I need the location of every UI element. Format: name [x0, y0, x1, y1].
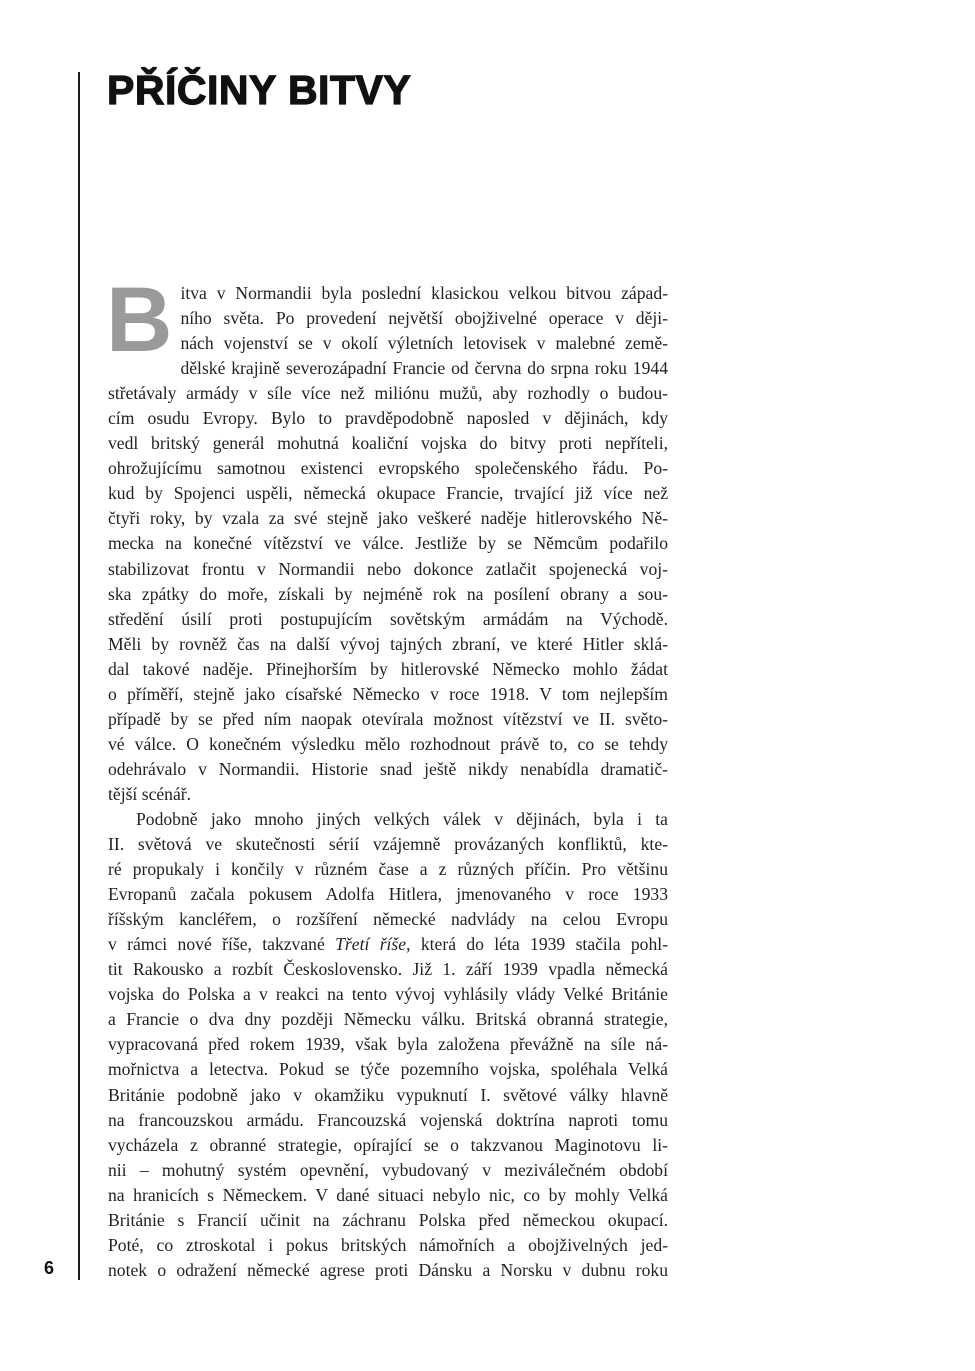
text-line: ré propukaly i končily v různém čase a z… [108, 857, 668, 882]
text-line: tit Rakousko a rozbít Československo. Ji… [108, 957, 668, 982]
text-line: nách vojenství se v okolí výletních leto… [108, 331, 668, 356]
paragraph-2: Podobně jako mnoho jiných velkých válek … [108, 807, 668, 1283]
text-line: odehrávalo v Normandii. Historie snad je… [108, 757, 668, 782]
text-line: případě by se před ním naopak otevírala … [108, 707, 668, 732]
text-line: ska zpátky do moře, získali by nejméně r… [108, 582, 668, 607]
text-line: střetávaly armády v síle více než milión… [108, 381, 668, 406]
text-line: tější scénář. [108, 782, 668, 807]
text-line: nii – mohutný systém opevnění, vybudovan… [108, 1158, 668, 1183]
text-line: středění úsilí proti postupujícím sověts… [108, 607, 668, 632]
text-line: mecka na konečné vítězství ve válce. Jes… [108, 531, 668, 556]
italic-term: Třetí říše [335, 934, 406, 954]
text-line: Měli by rovněž čas na další vývoj tajnýc… [108, 632, 668, 657]
text-line: čtyři roky, by vzala za své stejně jako … [108, 506, 668, 531]
text-line: na francouzskou armádu. Francouzská voje… [108, 1108, 668, 1133]
page-number: 6 [44, 1258, 54, 1279]
text-line: Poté, co ztroskotal i pokus britských ná… [108, 1233, 668, 1258]
text-line: dal takové naděje. Přinejhorším by hitle… [108, 657, 668, 682]
text-line: a Francie o dva dny později Německu válk… [108, 1007, 668, 1032]
text-line: Evropanů začala pokusem Adolfa Hitlera, … [108, 882, 668, 907]
text-line: II. světová ve skutečnosti sérií vzájemn… [108, 832, 668, 857]
body-text: B itva v Normandii byla poslední klasick… [108, 281, 668, 1283]
text-line: cím osudu Evropy. Bylo to pravděpodobně … [108, 406, 668, 431]
text-line: o příměří, stejně jako císařské Německo … [108, 682, 668, 707]
text-line: notek o odražení německé agrese proti Dá… [108, 1258, 668, 1283]
text-line: dělské krajině severozápadní Francie od … [108, 356, 668, 381]
text-segment: , která do léta 1939 stačila pohl- [406, 934, 668, 954]
text-line: vojska do Polska a v reakci na tento výv… [108, 982, 668, 1007]
text-line: vedl britský generál mohutná koaliční vo… [108, 431, 668, 456]
text-line: vé válce. O konečném výsledku mělo rozho… [108, 732, 668, 757]
text-line: mořnictva a letectva. Pokud se týče poze… [108, 1057, 668, 1082]
text-segment: v rámci nové říše, takzvané [108, 934, 335, 954]
text-line: kud by Spojenci uspěli, německá okupace … [108, 481, 668, 506]
text-line: Británie podobně jako v okamžiku vypuknu… [108, 1083, 668, 1108]
text-line: stabilizovat frontu v Normandii nebo dok… [108, 557, 668, 582]
text-line: Podobně jako mnoho jiných velkých válek … [108, 807, 668, 832]
text-line: itva v Normandii byla poslední klasickou… [108, 281, 668, 306]
text-line: Británie s Francií učinit na záchranu Po… [108, 1208, 668, 1233]
drop-cap: B [106, 285, 172, 357]
text-line: vycházela z obranné strategie, opírající… [108, 1133, 668, 1158]
paragraph-1: B itva v Normandii byla poslední klasick… [108, 281, 668, 807]
text-line: ního světa. Po provedení největší obojži… [108, 306, 668, 331]
text-line: říšským kancléřem, o rozšíření německé n… [108, 907, 668, 932]
text-line-with-italic: v rámci nové říše, takzvané Třetí říše, … [108, 932, 668, 957]
text-line: ohrožujícímu samotnou existenci evropské… [108, 456, 668, 481]
text-line: na hranicích s Německem. V dané situaci … [108, 1183, 668, 1208]
margin-rule [78, 72, 80, 1280]
chapter-title: PŘÍČINY BITVY [107, 66, 411, 114]
text-line: vypracovaná před rokem 1939, však byla z… [108, 1032, 668, 1057]
